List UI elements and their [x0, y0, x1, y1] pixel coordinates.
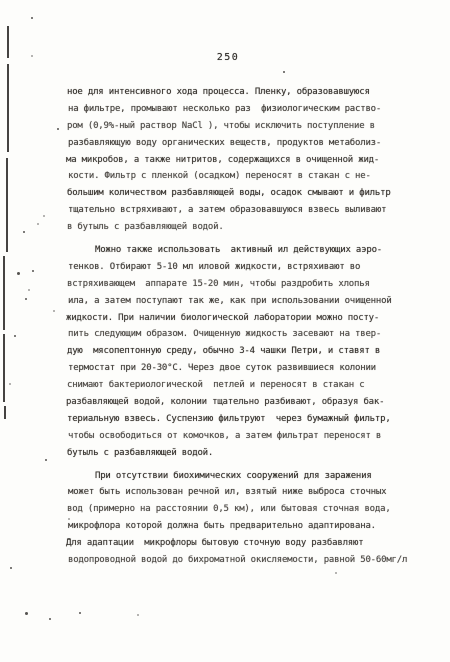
text-line: может быть использован речной ил, взятый… [68, 484, 412, 501]
noise-speck [283, 71, 285, 73]
noise-speck [68, 538, 70, 540]
text-line: ма микробов, а также нитритов, содержащи… [66, 152, 412, 169]
noise-speck [43, 215, 45, 217]
noise-speck [25, 612, 28, 615]
text-line: тщательно встряхивают, а затем образовав… [68, 202, 412, 219]
noise-speck [37, 223, 39, 225]
text-line: термостат при 20-30°С. Через двое суток … [68, 360, 412, 377]
noise-speck [31, 55, 33, 57]
paragraph: Можно также использовать активный ил дей… [67, 242, 412, 462]
noise-speck [25, 298, 27, 300]
text-line: чтобы освободиться от комочков, а затем … [68, 428, 412, 445]
text-line: вод (примерно на расстоянии 0,5 км), или… [67, 501, 412, 518]
noise-speck [17, 272, 20, 275]
text-line: ила, а затем поступают так же, как при и… [68, 293, 412, 310]
text-line: дую мясопептонную среду, обычно 3-4 чашк… [67, 343, 412, 360]
scan-line-artifact [4, 406, 6, 419]
noise-speck [14, 335, 16, 337]
text-line: пить следующим образом. Очищенную жидкос… [68, 326, 412, 343]
noise-speck [23, 231, 25, 233]
text-line: жидкости. При наличии биологической лабо… [66, 310, 412, 327]
paragraph: ное для интенсивного хода процесса. Плен… [67, 84, 412, 236]
text-line: в бутыль с разбавляющей водой. [67, 219, 412, 236]
scan-line-artifact [3, 334, 5, 402]
scan-line-artifact [7, 26, 9, 58]
document-page: 250 ное для интенсивного хода процесса. … [0, 0, 450, 662]
text-line: разбавляющей водой, колонии тщательно ра… [66, 394, 412, 411]
noise-speck [28, 289, 30, 291]
paragraph: При отсутствии биохимических сооружений … [67, 468, 412, 569]
text-line: водопроводной водой до бихроматной окисл… [68, 552, 412, 569]
scan-line-artifact [3, 256, 5, 330]
noise-speck [49, 618, 51, 620]
noise-speck [57, 128, 59, 130]
noise-speck [335, 572, 337, 574]
text-line: встряхивающем аппарате 15-20 мин, чтобы … [67, 276, 412, 293]
noise-speck [137, 614, 139, 616]
text-line: териальную взвесь. Суспензию фильтруют ч… [67, 411, 412, 428]
text-line: При отсутствии биохимических сооружений … [67, 468, 412, 485]
text-line: большим количеством разбавляющей воды, о… [67, 185, 412, 202]
text-line: тенков. Отбирают 5-10 мл иловой жидкости… [68, 259, 412, 276]
text-line: кости. Фильтр с пленкой (осадком) перено… [68, 168, 412, 185]
noise-speck [68, 518, 70, 520]
page-number: 250 [0, 52, 450, 63]
text-line: на фильтре, промывают несколько раз физи… [68, 101, 412, 118]
text-line: ром (0,9%-ный раствор NaCl ), чтобы искл… [67, 118, 412, 135]
noise-speck [31, 17, 33, 19]
text-line: Для адаптации микрофлоры бытовую сточную… [66, 535, 412, 552]
scan-line-artifact [6, 158, 8, 252]
noise-speck [9, 383, 11, 385]
text-block: ное для интенсивного хода процесса. Плен… [67, 84, 412, 569]
noise-speck [10, 567, 12, 569]
text-line: разбавляющую воду органических веществ, … [68, 135, 412, 152]
noise-speck [53, 310, 55, 312]
text-line: ное для интенсивного хода процесса. Плен… [67, 84, 412, 101]
text-line: бутыль с разбавляющей водой. [67, 445, 412, 462]
noise-speck [79, 612, 81, 614]
noise-speck [45, 459, 47, 461]
text-line: Можно также использовать активный ил дей… [67, 242, 412, 259]
text-line: микрофлора которой должна быть предварит… [68, 518, 412, 535]
scan-line-artifact [7, 64, 9, 152]
noise-speck [32, 270, 34, 272]
text-line: снимают бактериологической петлей и пере… [67, 377, 412, 394]
